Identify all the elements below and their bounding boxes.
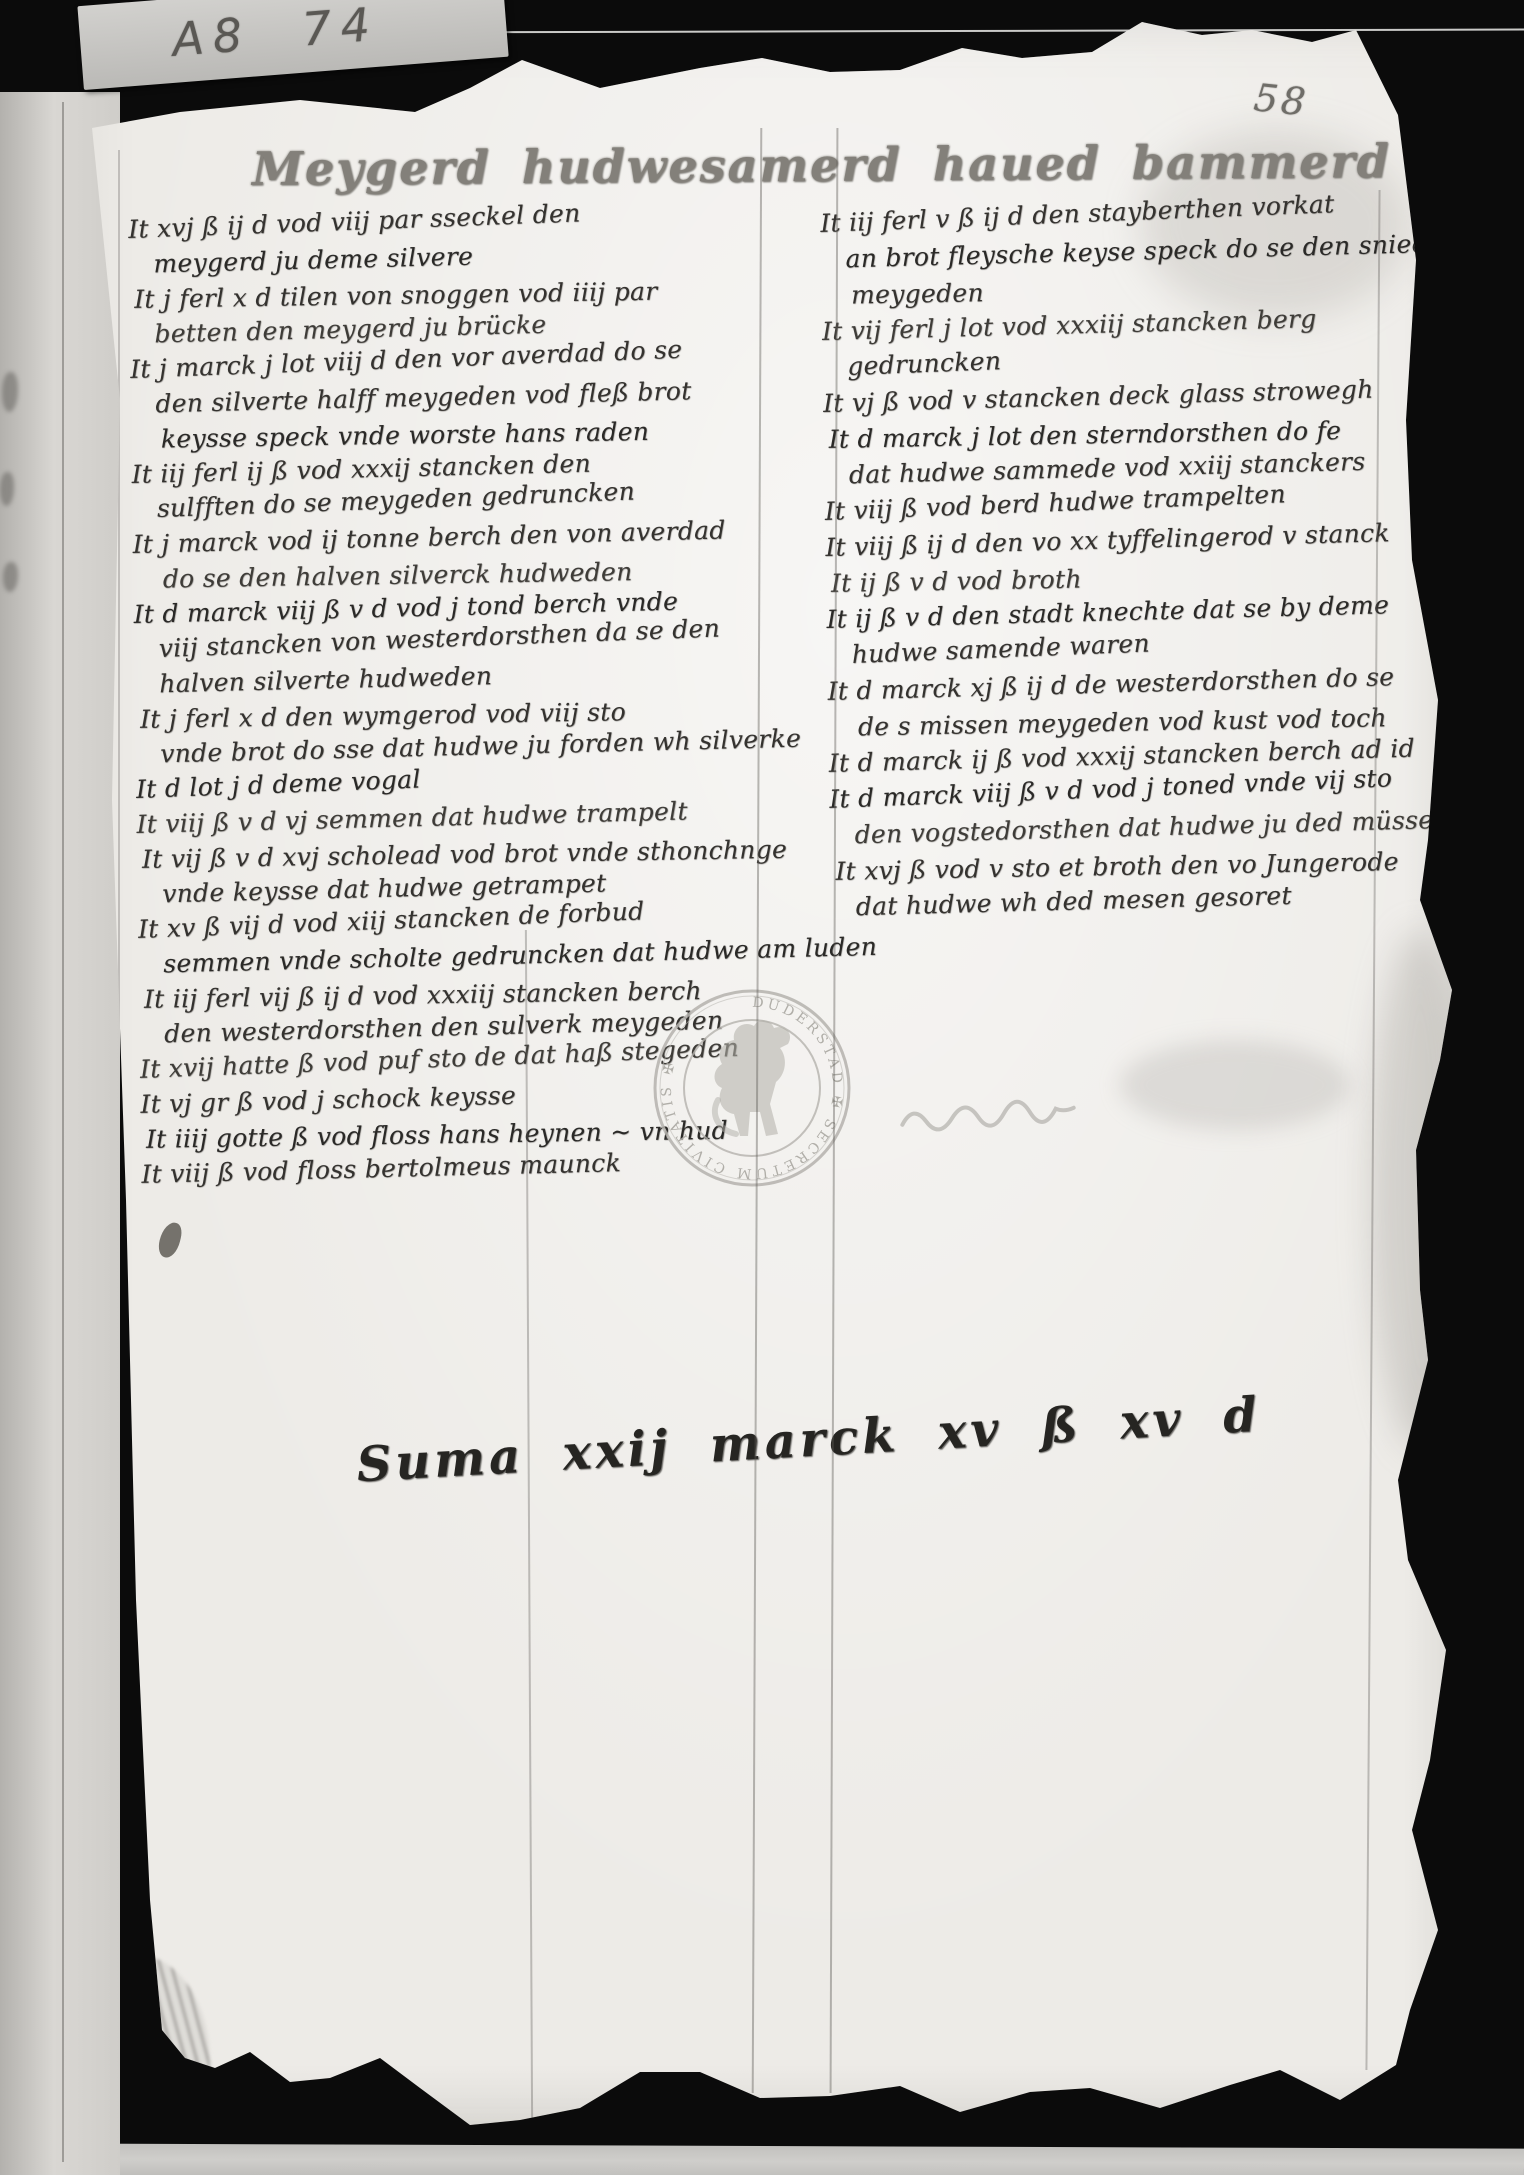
lion-rampant-icon: [715, 1020, 791, 1136]
spine-crease-line: [62, 102, 64, 2162]
scan-bed-strip: [0, 2143, 1524, 2175]
spine-text-trace: [2, 372, 18, 412]
right-entry-column: It iij ferl v ß ij d den stayberthen vor…: [820, 196, 1481, 926]
manuscript-page: Meygerd hudwesamerd haued bammerd 58 It …: [0, 0, 1524, 2175]
book-spine: [0, 92, 120, 2175]
spine-text-trace: [0, 472, 14, 506]
archive-label-tab: A8 74: [77, 0, 508, 90]
show-through-blob: [1120, 1040, 1350, 1130]
archive-label-text: A8 74: [170, 0, 380, 67]
folio-number: 58: [1252, 75, 1311, 124]
spine-text-trace: [3, 562, 18, 592]
summa-total-line: Suma xxij marck xv ß xv d: [355, 1391, 1262, 1489]
manuscript-photo: Meygerd hudwesamerd haued bammerd 58 It …: [0, 0, 1524, 2175]
edge-stain: [1370, 930, 1470, 1450]
archive-stamp: DUDERSTAD ✠ SECRETUM CIVITATIS ✠: [650, 986, 854, 1190]
faint-scribble: [897, 1085, 1089, 1147]
page-heading: Meygerd hudwesamerd haued bammerd: [252, 136, 1372, 194]
ink-blot: [156, 1220, 184, 1260]
